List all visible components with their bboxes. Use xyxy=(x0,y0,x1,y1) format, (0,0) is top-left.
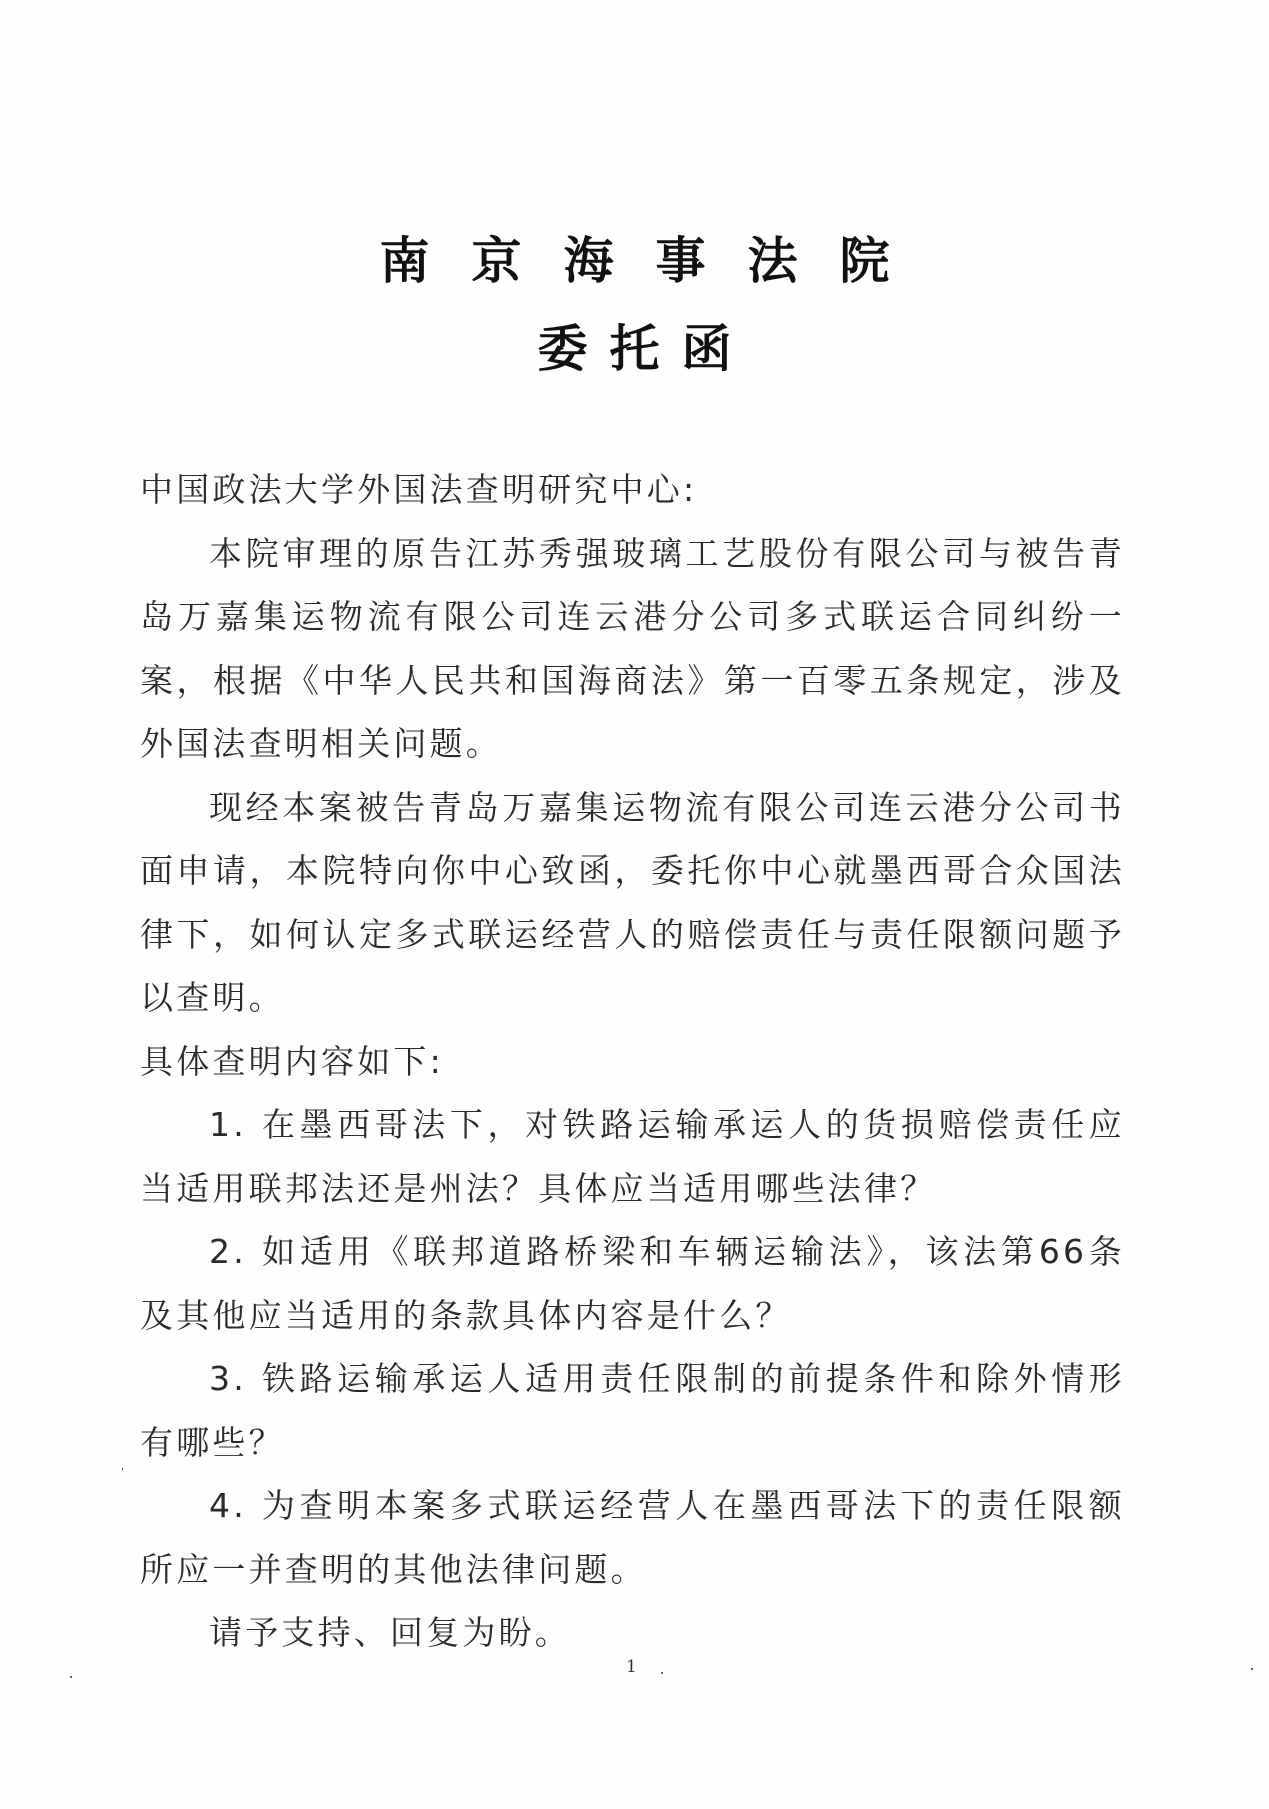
scan-speck xyxy=(1251,1668,1253,1670)
letter-body: 中国政法大学外国法查明研究中心: 本院审理的原告江苏秀强玻璃工艺股份有限公司与被… xyxy=(140,458,1125,1665)
scan-speck xyxy=(122,1468,123,1470)
request-item-4: 4. 为查明本案多式联运经营人在墨西哥法下的责任限额所应一并查明的其他法律问题。 xyxy=(140,1474,1125,1601)
paragraph-case-background: 本院审理的原告江苏秀强玻璃工艺股份有限公司与被告青岛万嘉集运物流有限公司连云港分… xyxy=(140,522,1125,776)
page-number: 1 xyxy=(626,1657,637,1677)
request-item-3: 3. 铁路运输承运人适用责任限制的前提条件和除外情形有哪些？ xyxy=(140,1347,1125,1474)
items-intro: 具体查明内容如下: xyxy=(140,1030,1125,1094)
document-page: 南京海事法院 委托函 中国政法大学外国法查明研究中心: 本院审理的原告江苏秀强玻… xyxy=(0,0,1269,1809)
scan-speck xyxy=(70,1676,72,1678)
request-item-1: 1. 在墨西哥法下，对铁路运输承运人的货损赔偿责任应当适用联邦法还是州法？具体应… xyxy=(140,1093,1125,1220)
paragraph-request: 现经本案被告青岛万嘉集运物流有限公司连云港分公司书面申请，本院特向你中心致函，委… xyxy=(140,776,1125,1030)
court-name-heading: 南京海事法院 xyxy=(0,226,1269,296)
letter-type-heading: 委托函 xyxy=(0,314,1269,384)
closing-line: 请予支持、回复为盼。 xyxy=(140,1601,1125,1665)
request-item-2: 2. 如适用《联邦道路桥梁和车辆运输法》，该法第66条及其他应当适用的条款具体内… xyxy=(140,1220,1125,1347)
addressee-line: 中国政法大学外国法查明研究中心: xyxy=(140,458,1125,522)
scan-speck xyxy=(661,1672,663,1674)
